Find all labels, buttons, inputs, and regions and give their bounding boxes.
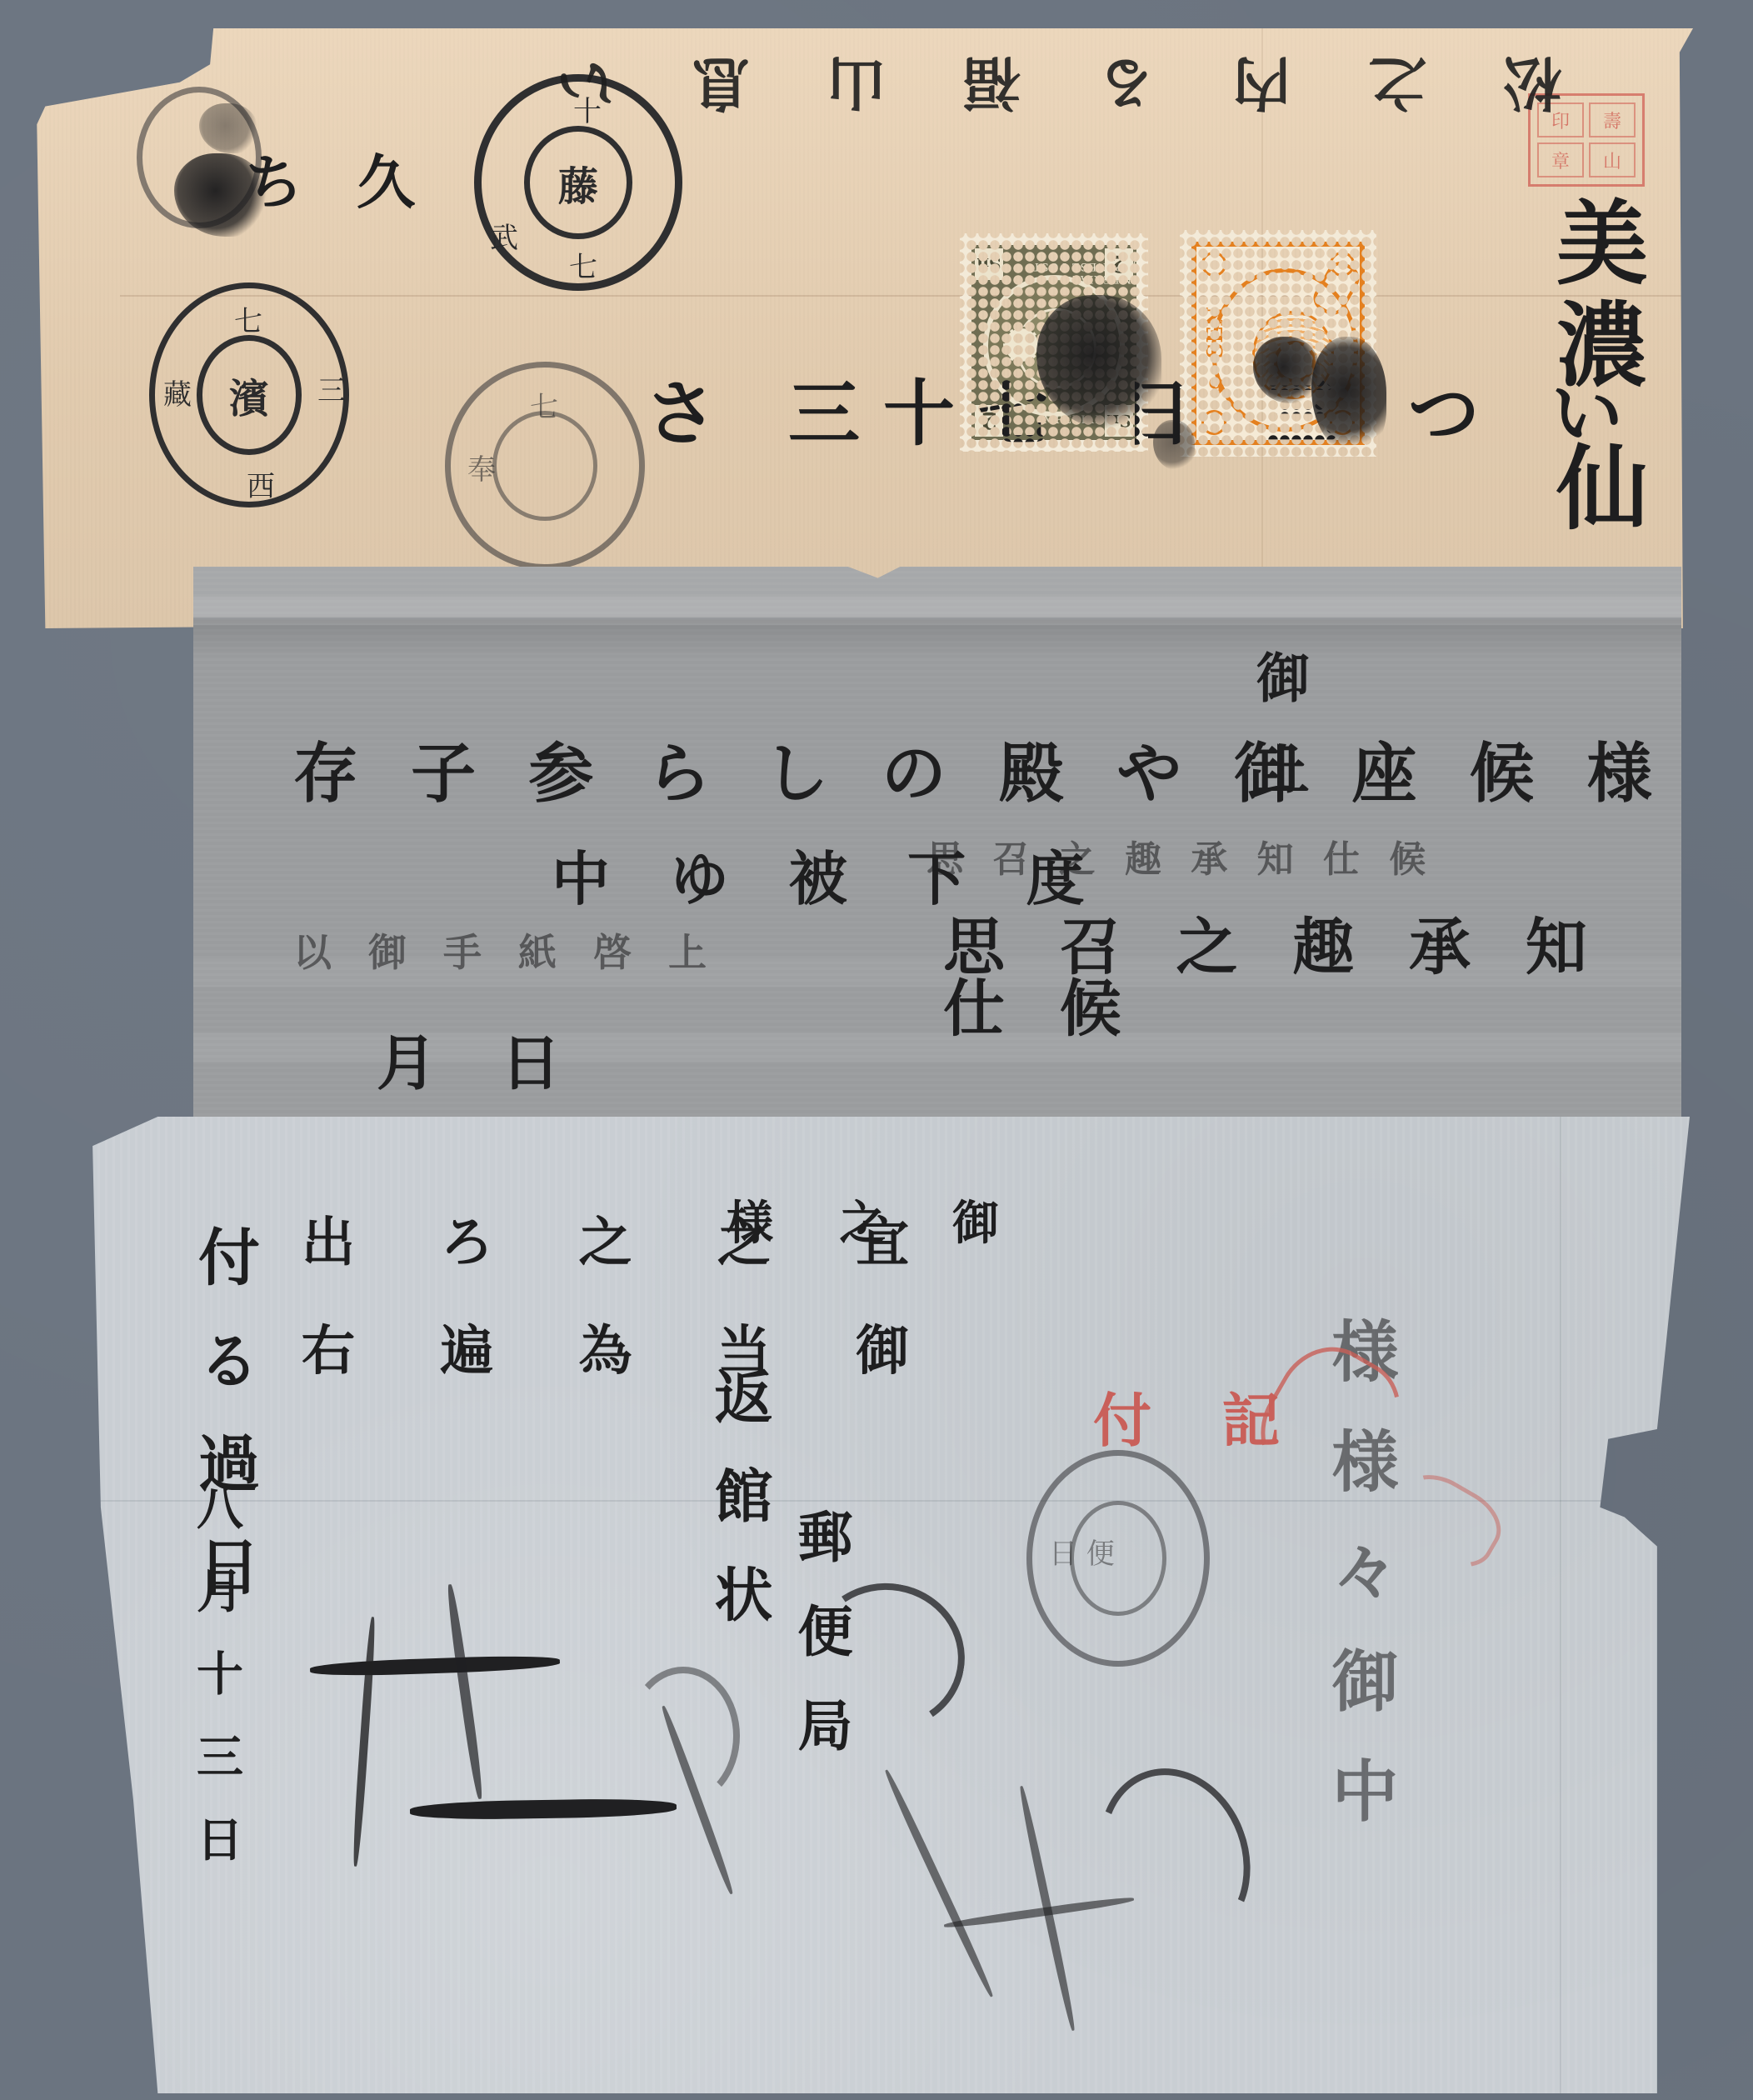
stamp-legend: IMPERIAL JAPANESE POST [1016, 260, 1136, 285]
seal-char: 壽 [1589, 102, 1636, 137]
stamp-corner-label: 2 [975, 405, 1003, 437]
postmark-rim-left: 奉 [467, 447, 496, 487]
letter-date-col: 八 月 十 三 日 [193, 1483, 240, 1872]
seal-char: 山 [1589, 142, 1636, 177]
strip-calligraphy-row: 思 召 之 趣 承 知 仕 候 [943, 917, 1681, 1040]
postmark-rim-bottom: 西 [247, 463, 275, 504]
flower-ornament-icon [1201, 252, 1226, 277]
envelope-cover: 藤 十 武 七 濱 七 藏 三 西 七 奉 印 壽 章 山 美濃 仙 さ 三十七… [12, 28, 1693, 628]
stamp-value-label: 6 [1208, 372, 1224, 399]
fold-band [193, 597, 1681, 625]
postmark-rim-left: 武 [490, 215, 518, 256]
letter-calligraphy-col: 返 館 状 [710, 1367, 768, 1632]
chrysanthemum-icon [1003, 327, 1040, 363]
letter-sheet: 付 る 過 日 八 月 十 三 日 出 ろ 之 之 宜 右 遍 為 当 御 様 … [60, 1117, 1690, 2093]
seal-char: 章 [1537, 142, 1584, 177]
letter-calligraphy-row: 右 遍 為 当 御 [302, 1325, 942, 1378]
strip-calligraphy-small: 以 御 手 紙 啓 上 [293, 933, 718, 972]
postmark-rim-bottom: 七 [569, 244, 597, 285]
postmark-rim: 日 便 [1049, 1531, 1115, 1572]
upper-calligraphy: 松 之 内 る 福 山 息 い [528, 53, 1562, 112]
brush-curve [627, 1667, 740, 1805]
fold-line [1560, 1117, 1561, 2093]
postmark-inner-ring [492, 411, 598, 521]
postmark-letter: 日 便 [1026, 1450, 1210, 1667]
strip-calligraphy-row: 中 ゆ 被 下 度 [552, 850, 1104, 908]
postmark-rim-top: 七 [234, 298, 262, 339]
letter-strip: 御 上 存 子 参 ら し の 殿 や 御 座 候 様 思 召 之 趣 承 知 … [193, 567, 1681, 1133]
postmark-left: 濱 七 藏 三 西 [149, 282, 349, 507]
left-calligraphy: ち 久 [245, 153, 432, 212]
postmark-rim-right: 三 [317, 367, 346, 408]
stamp-currency-label: SEN [1203, 307, 1228, 358]
strip-calligraphy-row: 存 子 参 ら し の 殿 や 御 座 候 様 [293, 742, 1667, 807]
flower-ornament-icon [1201, 410, 1226, 435]
postmark-rim-left: 藏 [163, 372, 192, 412]
stamp-corner-label: Sn [975, 248, 1003, 280]
letter-calligraphy-row: 様 之 御 [727, 1200, 1024, 1247]
addressee-calligraphy: 美濃 仙 [1549, 195, 1641, 542]
fold-line [120, 295, 1686, 297]
strip-calligraphy-row: 月 日 [377, 1033, 582, 1093]
postmark-rim-top: 七 [530, 384, 558, 425]
postmark-middle: 七 奉 [445, 362, 645, 570]
